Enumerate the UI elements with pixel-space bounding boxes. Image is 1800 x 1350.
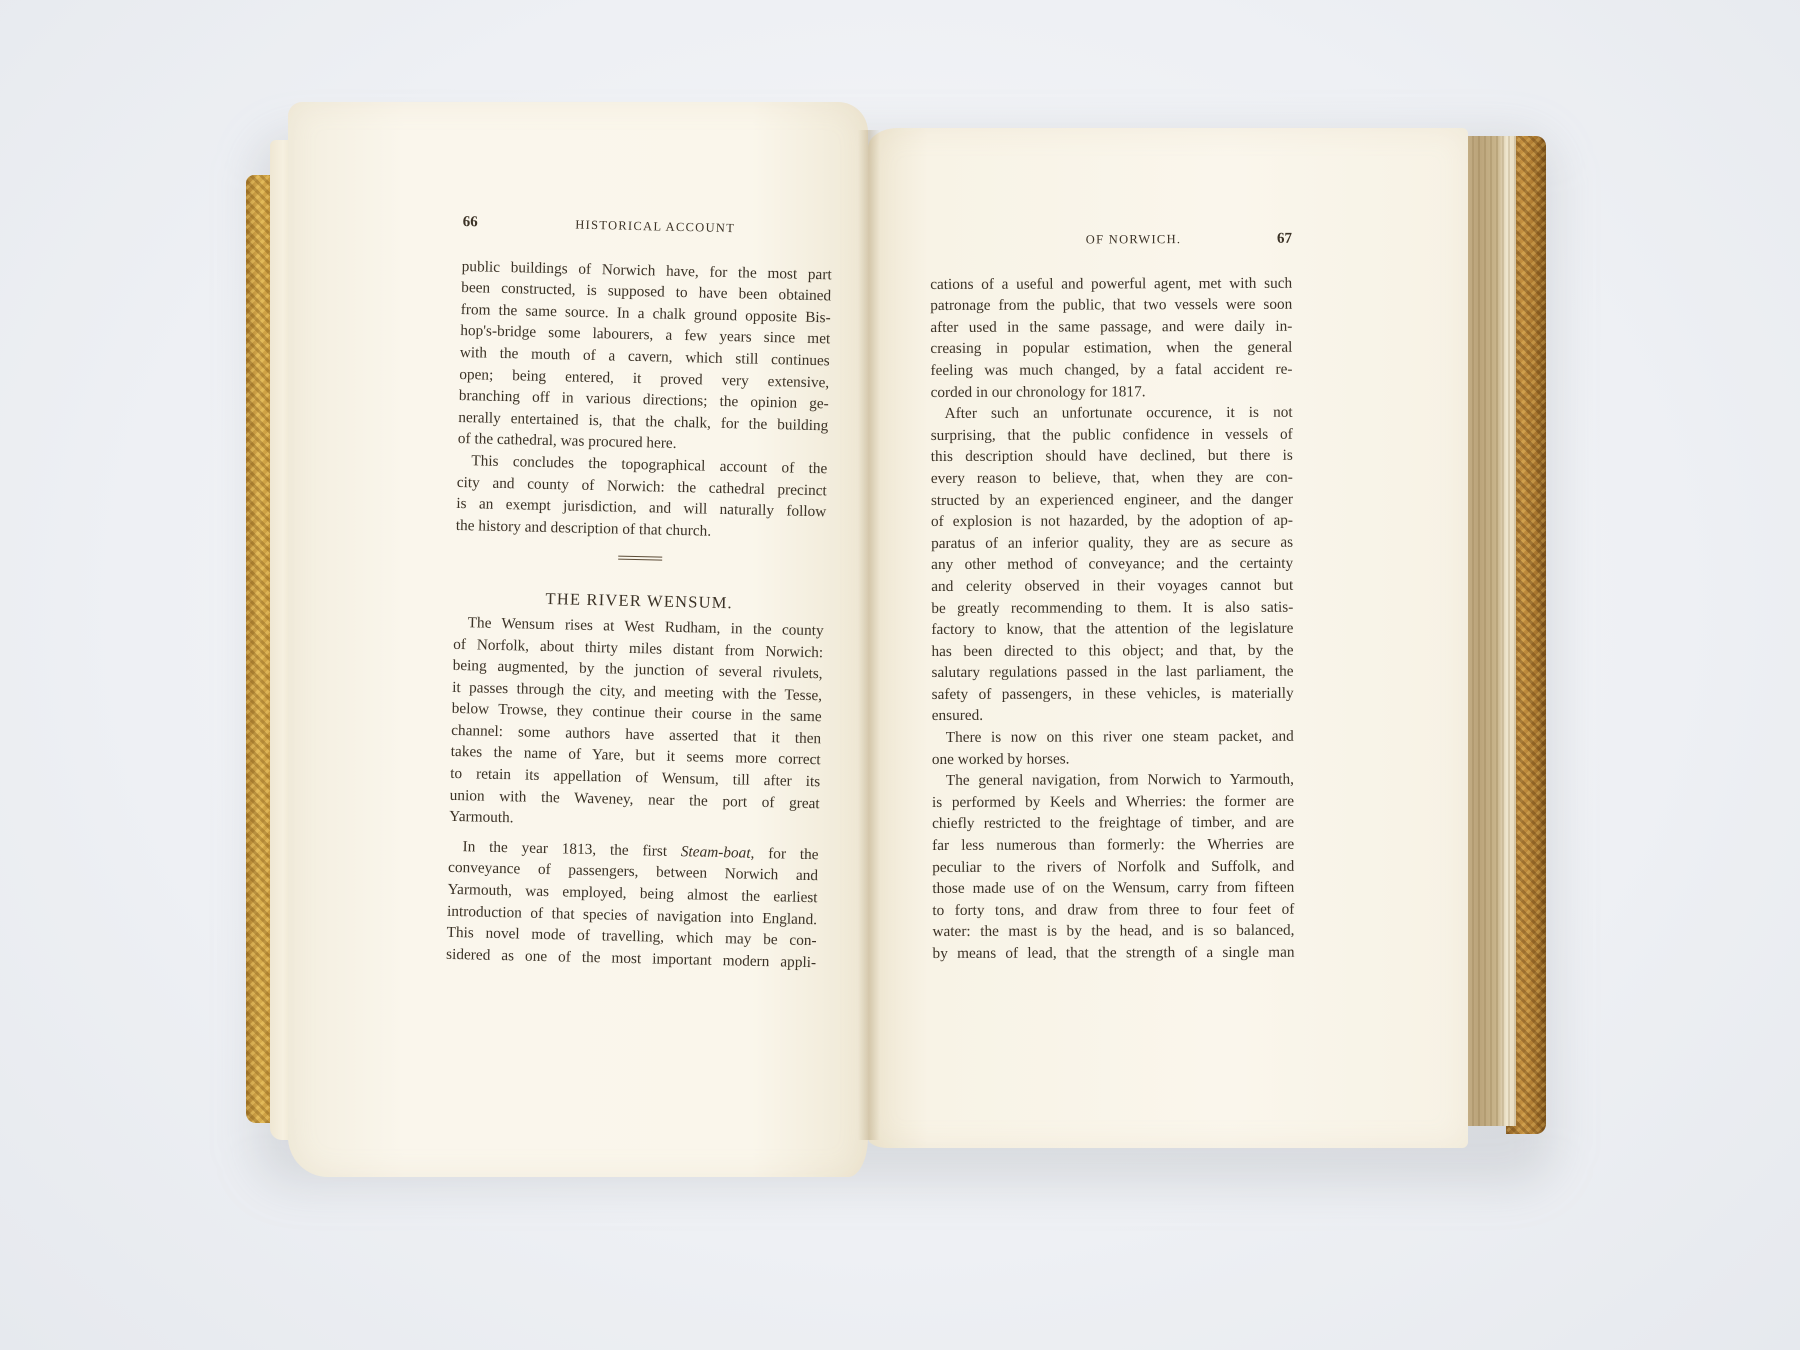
paragraph: The Wensum rises at West Rudham, in the … bbox=[449, 612, 824, 836]
italic-term: Steam-boat bbox=[681, 843, 751, 862]
text-line: one worked by horses. bbox=[932, 747, 1294, 770]
paragraph: This concludes the topographical account… bbox=[456, 450, 828, 545]
book-gutter bbox=[858, 130, 880, 1140]
text-line: after used in the same passage, and were… bbox=[930, 316, 1292, 339]
text-line: be greatly recommending to them. It is a… bbox=[931, 596, 1293, 619]
text-line: and celerity observed in their voyages c… bbox=[931, 575, 1293, 598]
text-line: salutary regulations passed in the last … bbox=[932, 661, 1294, 684]
text-line: far less numerous than formerly: the Whe… bbox=[932, 834, 1294, 857]
text-line: is performed by Keels and Wherries: the … bbox=[932, 791, 1294, 814]
text-line: After such an unfortunate occurence, it … bbox=[931, 402, 1293, 425]
text-line: peculiar to the rivers of Norfolk and Su… bbox=[932, 855, 1294, 878]
text-line: any other method of conveyance; and the … bbox=[931, 553, 1293, 576]
paragraph: cations of a useful and powerful agent, … bbox=[930, 272, 1292, 403]
left-page-text: 66 HISTORICAL ACCOUNT public buildings o… bbox=[446, 212, 833, 974]
text-line: those made use of on the Wensum, carry f… bbox=[932, 877, 1294, 900]
photo-scene: 66 HISTORICAL ACCOUNT public buildings o… bbox=[0, 0, 1800, 1350]
text-line: There is now on this river one steam pac… bbox=[932, 726, 1294, 749]
text-line: every reason to believe, that, when they… bbox=[931, 467, 1293, 490]
text-line: by means of lead, that the strength of a… bbox=[932, 942, 1294, 965]
text-line: water: the mast is by the head, and is s… bbox=[932, 920, 1294, 943]
text-line: The general navigation, from Norwich to … bbox=[932, 769, 1294, 792]
text-line: to forty tons, and draw from three to fo… bbox=[932, 899, 1294, 922]
text-line: factory to know, that the attention of t… bbox=[931, 618, 1293, 641]
section-heading: THE RIVER WENSUM. bbox=[454, 586, 824, 616]
right-page-text: OF NORWICH. 67 cations of a useful and p… bbox=[930, 229, 1295, 965]
paragraph: The general navigation, from Norwich to … bbox=[932, 769, 1295, 965]
page-number: 66 bbox=[463, 212, 478, 234]
paragraph: After such an unfortunate occurence, it … bbox=[931, 402, 1294, 727]
text-line: chiefly restricted to the freightage of … bbox=[932, 812, 1294, 835]
text-line: creasing in popular estimation, when the… bbox=[930, 337, 1292, 360]
text-line: surprising, that the public confidence i… bbox=[931, 423, 1293, 446]
text-line: of explosion is not hazarded, by the ado… bbox=[931, 510, 1293, 533]
text-line: feeling was much changed, by a fatal acc… bbox=[930, 359, 1292, 382]
text-line: cations of a useful and powerful agent, … bbox=[930, 272, 1292, 295]
text-line: this description should have declined, b… bbox=[931, 445, 1293, 468]
paragraph: There is now on this river one steam pac… bbox=[932, 726, 1294, 770]
page-number: 67 bbox=[1277, 229, 1292, 251]
text-line: structed by an experienced engineer, and… bbox=[931, 488, 1293, 511]
right-running-head: OF NORWICH. 67 bbox=[930, 229, 1292, 252]
paragraph: public buildings of Norwich have, for th… bbox=[458, 256, 832, 459]
text-line: patronage from the public, that two vess… bbox=[930, 294, 1292, 317]
text-line: has been directed to this object; and th… bbox=[931, 639, 1293, 662]
text-line: safety of passengers, in these vehicles,… bbox=[932, 683, 1294, 706]
text-line: ensured. bbox=[932, 704, 1294, 727]
section-divider-rule bbox=[618, 556, 662, 561]
text-line: corded in our chronology for 1817. bbox=[931, 380, 1293, 403]
paragraph: In the year 1813, the first Steam-boat, … bbox=[446, 836, 819, 974]
text-line: paratus of an inferior quality, they are… bbox=[931, 531, 1293, 554]
running-head-title: OF NORWICH. bbox=[930, 229, 1277, 252]
